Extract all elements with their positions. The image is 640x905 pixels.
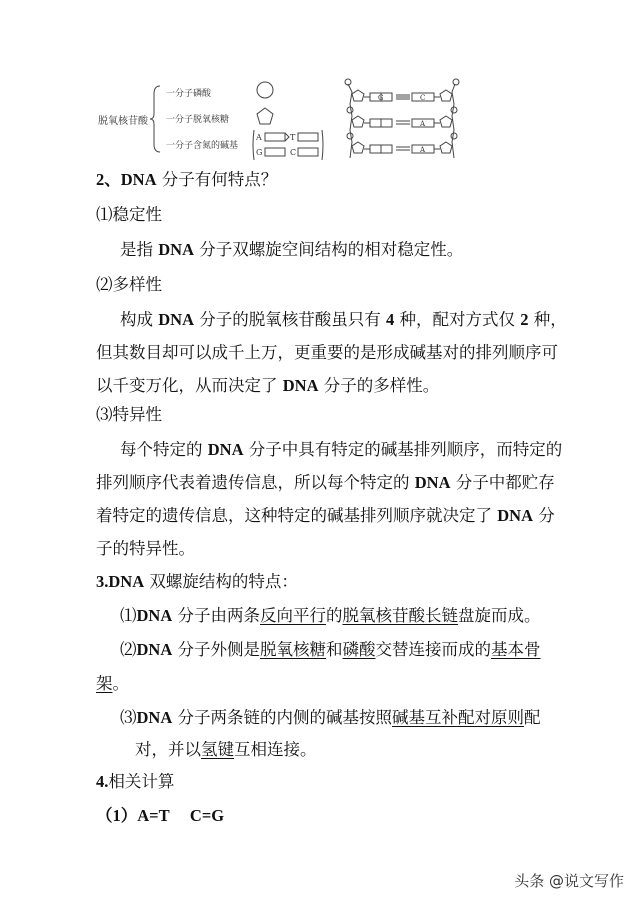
svg-text:A: A: [255, 133, 262, 142]
component-sugar: 一分子脱氧核糖: [166, 112, 229, 125]
section3-point2-cont: 架。: [96, 674, 129, 694]
dna-ladder-icon: G C A A: [340, 74, 465, 162]
brace-icon: [150, 84, 162, 154]
svg-text:C: C: [290, 148, 296, 157]
section4-heading: 4.相关计算: [96, 772, 174, 792]
svg-text:A: A: [419, 120, 426, 128]
diversity-line3: 以千变万化，从而决定了 DNA 分子的多样性。: [96, 376, 439, 396]
section3-point1: ⑴DNA 分子由两条反向平行的脱氧核苷酸长链盘旋而成。: [120, 606, 541, 626]
svg-text:G: G: [256, 148, 262, 157]
watermark: 头条 @说文写作: [514, 870, 624, 891]
section3-point3: ⑶DNA 分子两条链的内侧的碱基按照碱基互补配对原则配: [120, 708, 541, 728]
svg-text:A: A: [419, 146, 426, 154]
diversity-line1: 构成 DNA 分子的脱氧核苷酸虽只有 4 种，配对方式仅 2 种，: [120, 310, 567, 330]
specificity-line1: 每个特定的 DNA 分子中具有特定的碱基排列顺序，而特定的: [120, 440, 562, 460]
figure-main-label: 脱氧核苷酸: [98, 112, 148, 127]
sugar-pentagon-icon: [255, 106, 275, 126]
specificity-line2: 排列顺序代表着遗传信息，所以每个特定的 DNA 分子中都贮存: [96, 473, 555, 493]
component-base: 一分子含氮的碱基: [166, 138, 238, 151]
phosphate-circle-icon: [255, 80, 275, 100]
nucleotide-figure: 脱氧核苷酸 一分子磷酸 一分子脱氧核糖 一分子含氮的碱基 A T G C: [90, 72, 470, 164]
section3-point2: ⑵DNA 分子外侧是脱氧核糖和磷酸交替连接而成的基本骨: [120, 640, 541, 660]
component-phosphate: 一分子磷酸: [166, 86, 211, 99]
specificity-line3: 着特定的遗传信息，这种特定的碱基排列顺序就决定了 DNA 分: [96, 506, 555, 526]
svg-text:G: G: [378, 94, 384, 102]
diversity-title: ⑵多样性: [96, 275, 162, 295]
stability-title: ⑴稳定性: [96, 205, 162, 225]
specificity-line4: 子的特异性。: [96, 539, 195, 559]
stability-text: 是指 DNA 分子双螺旋空间结构的相对稳定性。: [120, 240, 463, 260]
section3-heading: 3.DNA 双螺旋结构的特点：: [96, 572, 298, 592]
section3-point3-cont: 对，并以氢键互相连接。: [135, 740, 317, 760]
section4-item1: （1）A=T C=G: [96, 806, 224, 826]
svg-text:T: T: [290, 133, 296, 142]
section2-heading: 2、DNA 分子有何特点？: [96, 170, 277, 190]
svg-text:C: C: [420, 94, 425, 102]
diversity-line2: 但其数目却可以成千上万，更重要的是形成碱基对的排列顺序可: [96, 343, 558, 363]
specificity-title: ⑶特异性: [96, 405, 162, 425]
bases-shapes-icon: A T G C: [252, 128, 332, 162]
